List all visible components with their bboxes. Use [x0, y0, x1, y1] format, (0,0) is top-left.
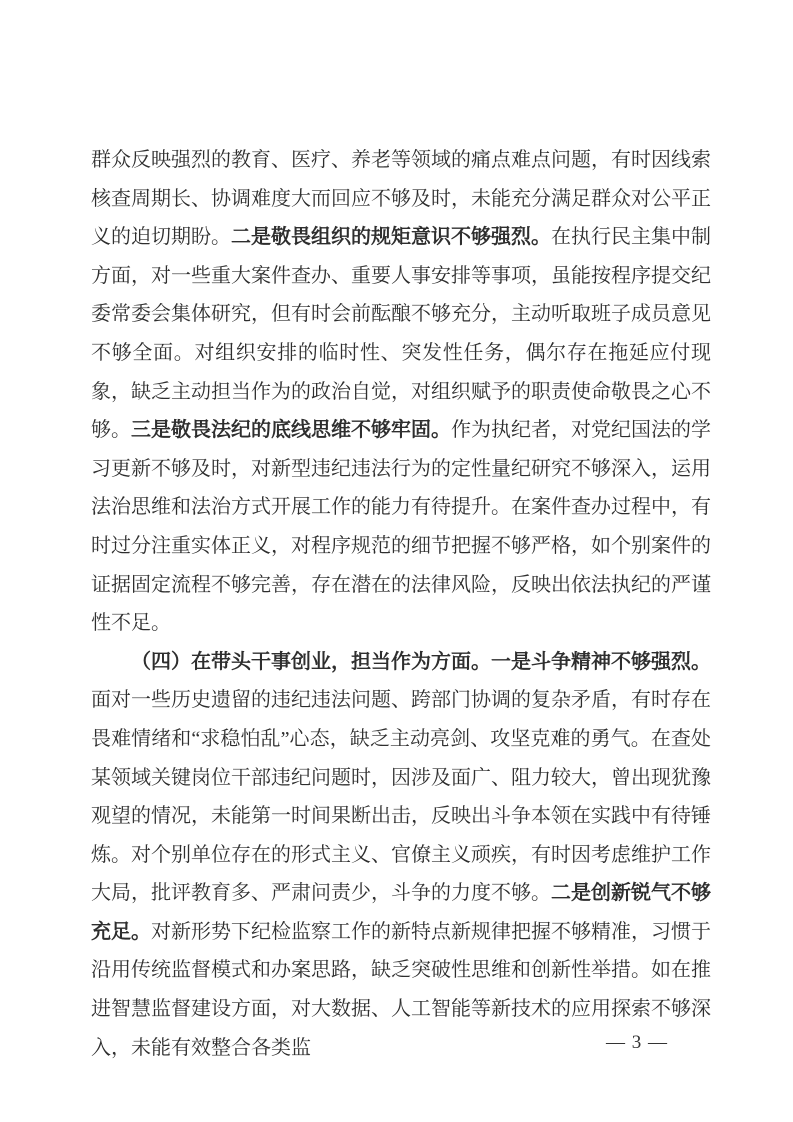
- emphasis-lead-text: 三是敬畏法纪的底线思维不够牢固。: [131, 419, 451, 441]
- body-text-segment: 作为执纪者，对党纪国法的学习更新不够及时，对新型违纪违法行为的定性量纪研究不够深…: [91, 419, 711, 634]
- page-number: — 3 —: [0, 1032, 668, 1054]
- document-body: 群众反映强烈的教育、医疗、养老等领域的痛点难点问题，有时因线索核查周期长、协调难…: [91, 141, 711, 1067]
- section-heading: （四）在带头干事创业，担当作为方面。: [131, 651, 491, 673]
- document-page: 群众反映强烈的教育、医疗、养老等领域的痛点难点问题，有时因线索核查周期长、协调难…: [0, 0, 793, 1122]
- body-text-segment: 在执行民主集中制方面，对一些重大案件查办、重要人事安排等事项，虽能按程序提交纪委…: [91, 226, 711, 441]
- paragraph-section-four: （四）在带头干事创业，担当作为方面。一是斗争精神不够强烈。面对一些历史遗留的违纪…: [91, 643, 711, 1068]
- emphasis-lead-text: 一是斗争精神不够强烈。: [491, 651, 711, 673]
- body-text-segment: 面对一些历史遗留的违纪违法问题、跨部门协调的复杂矛盾，有时存在畏难情绪和“求稳怕…: [91, 689, 711, 904]
- paragraph-continuation: 群众反映强烈的教育、医疗、养老等领域的痛点难点问题，有时因线索核查周期长、协调难…: [91, 141, 711, 643]
- emphasis-lead-text: 二是敬畏组织的规矩意识不够强烈。: [231, 226, 551, 248]
